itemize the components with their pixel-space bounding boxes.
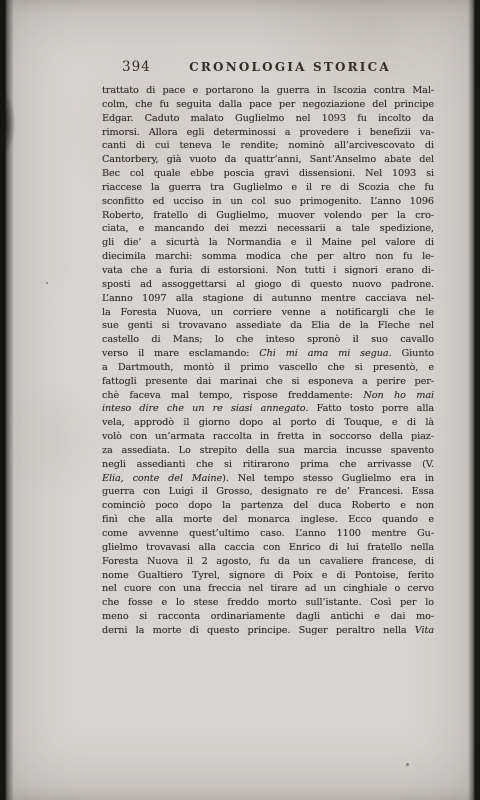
text-line: nome Gualtiero Tyrel, signore di Poix e … xyxy=(102,569,434,583)
text-segment: sposti ad assoggettarsi al giogo di ques… xyxy=(102,279,434,290)
text-segment: cominciò poco dopo la partenza del duca … xyxy=(102,500,434,511)
text-line: gli die’ a sicurtà la Normandia e il Mai… xyxy=(102,236,434,250)
text-segment: canti di cui teneva le rendite; nominò a… xyxy=(102,140,434,151)
text-line: Elia, conte del Maine). Nel tempo stesso… xyxy=(102,472,434,486)
text-line: rimorsi. Allora egli determinossi a prov… xyxy=(102,126,434,140)
text-line: colm, che fu seguita dalla pace per nego… xyxy=(102,98,434,112)
text-segment: meno si racconta ordinariamente dagli an… xyxy=(102,611,434,622)
text-segment: Foresta Nuova il 2 agosto, fu da un cava… xyxy=(102,556,434,567)
text-segment: diecimila marchi: somma modica che per a… xyxy=(102,251,434,262)
text-segment: che fosse e lo stese freddo morto sull’i… xyxy=(102,597,434,608)
text-line: negli assedianti che si ritirarono prima… xyxy=(102,458,434,472)
page-header: 394 CRONOLOGIA STORICA xyxy=(102,59,434,77)
text-segment: sue genti si trovavano assediate da Elia… xyxy=(102,320,434,331)
text-segment: fattogli presente dai marinai che si esp… xyxy=(102,376,434,387)
text-segment: riaccese la guerra tra Guglielmo e il re… xyxy=(102,182,434,193)
text-segment: chè faceva mal tempo, rispose freddament… xyxy=(102,390,363,401)
text-segment: . Giunto xyxy=(389,348,434,359)
text-segment: L’anno 1097 alla stagione di autunno men… xyxy=(102,293,434,304)
text-line: trattato di pace e portarono la guerra i… xyxy=(102,84,434,98)
text-segment: trattato di pace e portarono la guerra i… xyxy=(102,85,434,96)
text-segment: gli die’ a sicurtà la Normandia e il Mai… xyxy=(102,237,434,248)
text-segment: a Dartmouth, montò il primo vascello che… xyxy=(102,362,434,373)
text-segment: Bec col quale ebbe poscia gravi dissensi… xyxy=(102,168,434,179)
text-line: sue genti si trovavano assediate da Elia… xyxy=(102,319,434,333)
page-number: 394 xyxy=(122,59,151,75)
text-line: che fosse e lo stese freddo morto sull’i… xyxy=(102,596,434,610)
text-line: guerra con Luigi il Grosso, designato re… xyxy=(102,485,434,499)
text-line: chè faceva mal tempo, rispose freddament… xyxy=(102,389,434,403)
text-line: diecimila marchi: somma modica che per a… xyxy=(102,250,434,264)
text-line: L’anno 1097 alla stagione di autunno men… xyxy=(102,292,434,306)
italic-text-segment: Vita xyxy=(415,625,434,636)
text-line: derni la morte di questo principe. Suger… xyxy=(102,624,434,638)
text-line: za assediata. Lo strepito della sua marc… xyxy=(102,444,434,458)
text-line: come avvenne quest’ultimo caso. L’anno 1… xyxy=(102,527,434,541)
paper-speck xyxy=(46,282,48,284)
text-line: Foresta Nuova il 2 agosto, fu da un cava… xyxy=(102,555,434,569)
text-line: sposti ad assoggettarsi al giogo di ques… xyxy=(102,278,434,292)
text-line: nel cuore con una freccia nel tirare ad … xyxy=(102,582,434,596)
text-segment: ciata, e mancando dei mezzi necessarii a… xyxy=(102,223,434,234)
text-line: Bec col quale ebbe poscia gravi dissensi… xyxy=(102,167,434,181)
text-segment: verso il mare esclamando: xyxy=(102,348,259,359)
text-segment: come avvenne quest’ultimo caso. L’anno 1… xyxy=(102,528,434,539)
text-line: Edgar. Caduto malato Guglielmo nel 1093 … xyxy=(102,112,434,126)
text-segment: castello di Mans; lo che inteso spronò i… xyxy=(102,334,434,345)
text-line: cominciò poco dopo la partenza del duca … xyxy=(102,499,434,513)
text-segment: guerra con Luigi il Grosso, designato re… xyxy=(102,486,434,497)
italic-text-segment: Chi mi ama mi segua xyxy=(259,348,388,359)
italic-text-segment: Non ho mai xyxy=(363,390,434,401)
text-segment: Cantorbery, già vuoto da quattr’anni, Sa… xyxy=(102,154,434,165)
text-line: la Foresta Nuova, un corriere venne a no… xyxy=(102,306,434,320)
text-line: riaccese la guerra tra Guglielmo e il re… xyxy=(102,181,434,195)
text-line: finì che alla morte del monarca inglese.… xyxy=(102,513,434,527)
italic-text-segment: Elia, conte del Maine xyxy=(102,473,222,484)
body-text: trattato di pace e portarono la guerra i… xyxy=(102,84,434,638)
text-line: fattogli presente dai marinai che si esp… xyxy=(102,375,434,389)
text-line: inteso dire che un re siasi annegato. Fa… xyxy=(102,402,434,416)
text-line: ciata, e mancando dei mezzi necessarii a… xyxy=(102,222,434,236)
text-segment: derni la morte di questo principe. Suger… xyxy=(102,625,415,636)
text-line: glielmo trovavasi alla caccia con Enrico… xyxy=(102,541,434,555)
text-segment: glielmo trovavasi alla caccia con Enrico… xyxy=(102,542,434,553)
text-line: volò con un’armata raccolta in fretta in… xyxy=(102,430,434,444)
text-segment: nel cuore con una freccia nel tirare ad … xyxy=(102,583,434,594)
text-line: Cantorbery, già vuoto da quattr’anni, Sa… xyxy=(102,153,434,167)
scan-edge-right xyxy=(468,0,480,800)
text-segment: ). Nel tempo stesso Guglielmo era in xyxy=(222,473,434,484)
text-segment: vela, approdò il giorno dopo al porto di… xyxy=(102,417,434,428)
text-segment: colm, che fu seguita dalla pace per nego… xyxy=(102,99,434,110)
text-segment: rimorsi. Allora egli determinossi a prov… xyxy=(102,127,434,138)
scanned-book-page: 394 CRONOLOGIA STORICA trattato di pace … xyxy=(0,0,480,800)
paper-speck xyxy=(406,763,409,766)
italic-text-segment: inteso dire che un re siasi annegato xyxy=(102,403,305,414)
text-line: vela, approdò il giorno dopo al porto di… xyxy=(102,416,434,430)
text-segment: volò con un’armata raccolta in fretta in… xyxy=(102,431,434,442)
text-line: Roberto, fratello di Guglielmo, muover v… xyxy=(102,209,434,223)
text-line: a Dartmouth, montò il primo vascello che… xyxy=(102,361,434,375)
text-line: verso il mare esclamando: Chi mi ama mi … xyxy=(102,347,434,361)
text-line: meno si racconta ordinariamente dagli an… xyxy=(102,610,434,624)
text-line: canti di cui teneva le rendite; nominò a… xyxy=(102,139,434,153)
text-segment: . Fatto tosto porre alla xyxy=(305,403,434,414)
text-line: vata che a furia di estorsioni. Non tutt… xyxy=(102,264,434,278)
text-segment: Edgar. Caduto malato Guglielmo nel 1093 … xyxy=(102,113,434,124)
scan-edge-blob xyxy=(0,88,16,158)
text-segment: za assediata. Lo strepito della sua marc… xyxy=(102,445,434,456)
text-line: sconfitto ed ucciso in un col suo primog… xyxy=(102,195,434,209)
text-segment: sconfitto ed ucciso in un col suo primog… xyxy=(102,196,434,207)
text-segment: finì che alla morte del monarca inglese.… xyxy=(102,514,434,525)
text-segment: la Foresta Nuova, un corriere venne a no… xyxy=(102,307,434,318)
running-title: CRONOLOGIA STORICA xyxy=(189,60,391,74)
text-segment: negli assedianti che si ritirarono prima… xyxy=(102,459,434,470)
text-line: castello di Mans; lo che inteso spronò i… xyxy=(102,333,434,347)
text-segment: Roberto, fratello di Guglielmo, muover v… xyxy=(102,210,434,221)
text-segment: vata che a furia di estorsioni. Non tutt… xyxy=(102,265,434,276)
text-segment: nome Gualtiero Tyrel, signore di Poix e … xyxy=(102,570,434,581)
